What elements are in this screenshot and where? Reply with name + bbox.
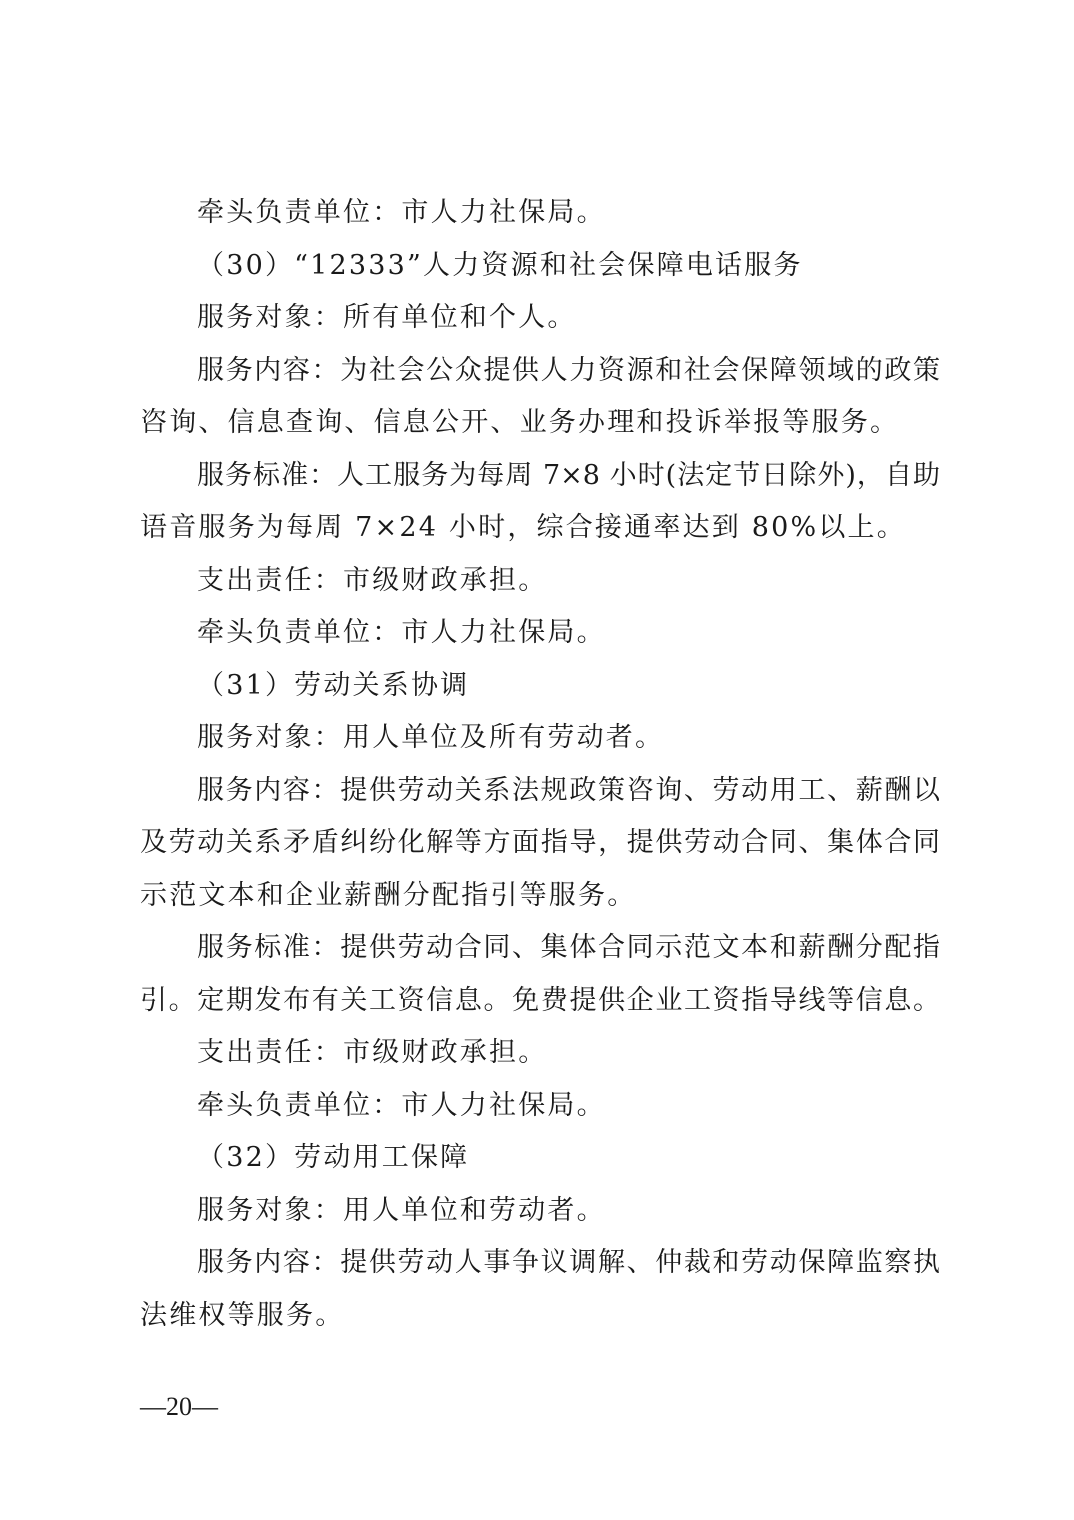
page-number: —20— — [140, 1387, 218, 1427]
section-heading-31: （31）劳动关系协调 — [197, 666, 940, 706]
text-line: 及劳动关系矛盾纠纷化解等方面指导，提供劳动合同、集体合同 — [140, 823, 940, 863]
text-line: 牵头负责单位：市人力社保局。 — [197, 1086, 940, 1126]
text-line: 服务内容：提供劳动关系法规政策咨询、劳动用工、薪酬以 — [197, 771, 940, 811]
text-line: 法维权等服务。 — [140, 1296, 940, 1336]
text-line: 支出责任：市级财政承担。 — [197, 561, 940, 601]
text-line: 咨询、信息查询、信息公开、业务办理和投诉举报等服务。 — [140, 403, 940, 443]
section-heading-32: （32）劳动用工保障 — [197, 1138, 940, 1178]
text-line: 服务内容：提供劳动人事争议调解、仲裁和劳动保障监察执 — [197, 1243, 940, 1283]
text-line: 服务内容：为社会公众提供人力资源和社会保障领域的政策 — [197, 351, 940, 391]
text-line: 服务对象：用人单位及所有劳动者。 — [197, 718, 940, 758]
text-line: 服务对象：所有单位和个人。 — [197, 298, 940, 338]
section-heading-30: （30）“12333”人力资源和社会保障电话服务 — [197, 246, 940, 286]
text-line: 引。定期发布有关工资信息。免费提供企业工资指导线等信息。 — [140, 981, 940, 1021]
text-line: 服务标准：人工服务为每周 7×8 小时(法定节日除外)，自助 — [197, 456, 940, 496]
text-line: 服务对象：用人单位和劳动者。 — [197, 1191, 940, 1231]
text-line: 牵头负责单位：市人力社保局。 — [197, 193, 940, 233]
text-line: 示范文本和企业薪酬分配指引等服务。 — [140, 876, 940, 916]
text-line: 语音服务为每周 7×24 小时，综合接通率达到 80%以上。 — [140, 508, 940, 548]
document-page: 牵头负责单位：市人力社保局。 （30）“12333”人力资源和社会保障电话服务 … — [0, 0, 1074, 1520]
text-line: 支出责任：市级财政承担。 — [197, 1033, 940, 1073]
text-line: 服务标准：提供劳动合同、集体合同示范文本和薪酬分配指 — [197, 928, 940, 968]
text-line: 牵头负责单位：市人力社保局。 — [197, 613, 940, 653]
